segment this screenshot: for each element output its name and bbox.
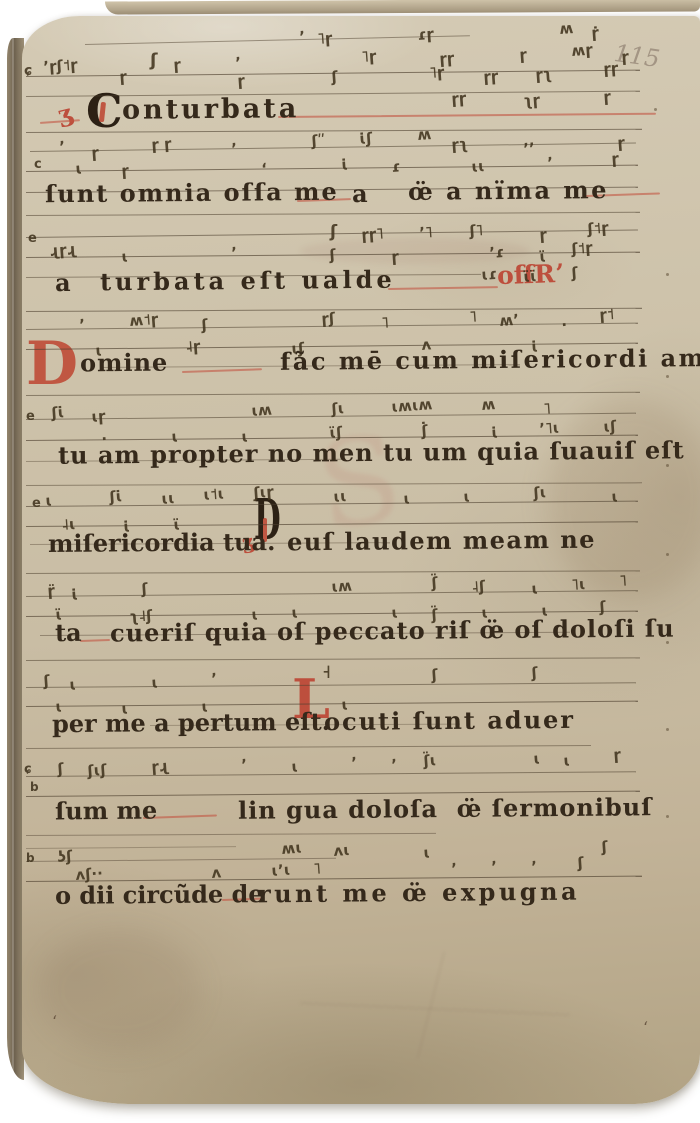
neume-cluster: ɩ <box>291 760 299 775</box>
pricking-hole <box>666 375 669 378</box>
staff-ruling-line <box>26 165 638 173</box>
neume-cluster: ɩ <box>423 846 431 861</box>
neume-cluster: ɩ̇ <box>71 588 79 603</box>
staff-ruling-line <box>85 35 470 45</box>
neume-cluster: ˥ɼ <box>361 49 377 65</box>
neume-cluster: ˥ɼ <box>317 31 333 47</box>
pricking-hole <box>666 815 669 818</box>
neume-cluster: ʍʼ <box>499 313 520 329</box>
neume-cluster: ʃ <box>330 224 337 241</box>
parchment-flaw-mark: ʻ <box>52 1012 57 1031</box>
neume-cluster: ɩɩ <box>471 159 485 175</box>
neume-cluster: ʃ <box>599 600 606 615</box>
neume-cluster: ɼ <box>617 136 625 151</box>
neume-cluster: ʼ <box>231 246 238 261</box>
pricking-hole <box>666 553 669 556</box>
staff-ruling-line <box>26 745 591 749</box>
staff-ruling-line <box>26 833 436 837</box>
neume-cluster: ˨ɼ <box>185 339 201 355</box>
neume-cluster: ʼ <box>547 156 554 171</box>
neume-cluster: ɩʍ <box>251 403 272 419</box>
neume-cluster: ɼ <box>519 48 527 63</box>
neume-cluster: ˧ <box>322 664 331 682</box>
neume-cluster: ʼɼʃ˦ɼ <box>43 58 78 75</box>
neume-cluster: ˨ʃ <box>471 579 486 595</box>
neume-cluster: ɩ <box>121 250 129 265</box>
chant-text-line-7: cueriſ quia oſ peccato riſ œ̈ oſ doloſi … <box>110 617 675 646</box>
staff-ruling-line <box>26 657 640 661</box>
neume-cluster: ˥ <box>313 862 322 877</box>
neume-cluster: ʼ˥ɩ <box>539 421 560 437</box>
neume-cluster: ʃ <box>329 248 336 263</box>
neume-cluster: ʃ <box>150 52 157 70</box>
neume-cluster: ʼɾ <box>489 245 505 261</box>
neume-cluster: ɩ <box>533 752 541 767</box>
neume-cluster: e <box>26 410 35 423</box>
neume-cluster: e <box>28 232 37 245</box>
chant-text-line-3: turbata eſt ualde <box>100 268 396 295</box>
neume-cluster: ʃ <box>141 582 148 597</box>
neume-cluster: ʌɩ <box>333 843 350 859</box>
neume-cluster: ɼ <box>611 152 619 167</box>
neume-cluster: ɩ̇ʃ <box>359 131 373 147</box>
neume-cluster: ˥ <box>619 574 628 589</box>
neume-cluster: ɼ <box>613 748 621 763</box>
neume-cluster: b <box>30 781 39 793</box>
neume-cluster: ɩ <box>75 162 83 177</box>
chant-text-line-10: o dii circũde de <box>55 882 264 908</box>
chant-text-line-6: miſericordia tua. <box>48 530 276 556</box>
chant-text-line-1: onturbata <box>122 95 300 124</box>
neume-cluster: ɩɾ <box>481 267 498 283</box>
neume-cluster: ɩ̈ <box>539 250 547 265</box>
neume-cluster: ɼ <box>539 228 547 243</box>
neume-cluster: ʼ <box>391 758 398 773</box>
parchment-crease <box>417 951 446 1058</box>
neume-cluster: ʃɩʃ <box>87 763 107 779</box>
neume-cluster: ɩʼɩ <box>271 863 291 879</box>
neume-cluster: ɼ <box>91 146 99 161</box>
neume-cluster: ɩ <box>45 494 53 509</box>
pricking-hole <box>666 464 669 467</box>
neume-cluster: ɩɩ <box>161 491 175 507</box>
neume-cluster: ʃ <box>43 674 50 689</box>
neume-cluster: ɼ˦ <box>599 307 615 323</box>
neume-cluster: ɩ <box>463 490 471 505</box>
neume-cluster: ɾ <box>391 159 401 175</box>
neume-cluster: ˥ɼ <box>429 65 445 81</box>
neume-cluster: ɼ <box>121 164 129 179</box>
neume-cluster: ʼ <box>231 142 238 157</box>
neume-cluster: e <box>32 497 41 510</box>
neume-cluster: ʃɩ <box>331 401 345 417</box>
neume-cluster: ʃ <box>431 668 438 683</box>
neume-cluster: ʼ <box>491 860 498 875</box>
pricking-hole <box>666 641 669 644</box>
chant-text-line-8: ocuti ſunt aduer <box>324 708 575 734</box>
neume-cluster: · <box>561 318 568 333</box>
chant-text-line-10: runt me œ̈ expugna <box>258 880 580 907</box>
neume-cluster: ɩ <box>151 676 159 691</box>
neume-cluster: ʃ <box>571 266 578 281</box>
chant-text-line-9: lin gua doloſa œ̈ ſermonibuſ <box>238 795 653 823</box>
neume-cluster: ʍ <box>481 397 496 413</box>
neume-cluster: ʼ <box>531 860 538 875</box>
neume-cluster: ɼ <box>237 74 245 89</box>
neume-cluster: c <box>34 158 42 171</box>
neume-cluster: ʍɼ <box>571 43 593 59</box>
chant-text-line-5: tu am propter no men tu um quia ſuauiſ e… <box>58 438 685 467</box>
neume-cluster: ʃɩ̇ <box>51 405 65 421</box>
neume-cluster: ɼɼ <box>483 69 499 85</box>
neume-cluster: ɼ <box>621 50 629 65</box>
neume-cluster: ɼɼ <box>451 91 467 107</box>
neume-cluster: ɼ <box>391 250 399 265</box>
page-content-overlay: S 115 ʒ C D offRʼ ʒ D L ʼ˥ɼɾɼʍɼ̇ʃɼʼ˥ɼɼɼɼ… <box>0 0 700 1123</box>
pricking-hole <box>666 273 669 276</box>
neume-cluster: ʃɩ <box>533 485 547 501</box>
neume-cluster: ʍ˦ɼ <box>129 312 159 329</box>
red-extender-line <box>278 113 656 119</box>
neume-cluster: ʃ̈ɩ <box>423 753 437 769</box>
neume-cluster: ʼ <box>235 56 242 71</box>
chant-text-line-3: a <box>55 271 71 295</box>
neume-cluster: ˥ɩ <box>571 577 586 593</box>
parchment-crease <box>300 1002 570 1016</box>
neume-cluster: ˥ <box>543 402 552 417</box>
neume-cluster: ɩ <box>611 490 619 505</box>
neume-cluster: ʃ <box>57 762 64 777</box>
neume-cluster: ʃ <box>201 318 208 333</box>
neume-cluster: ʼ <box>241 758 248 773</box>
neume-cluster: ʼ <box>299 30 306 45</box>
pricking-hole <box>666 728 669 731</box>
neume-cluster: ʻ <box>261 162 268 177</box>
chant-text-line-8: per me a pertum eſt. <box>52 710 330 736</box>
neume-cluster: ɩɩ <box>333 489 347 505</box>
neume-cluster: ʼʼ <box>523 141 535 157</box>
neume-cluster: ɾɼ <box>417 27 434 43</box>
staff-ruling-line <box>26 771 636 777</box>
neume-cluster: ɩ <box>69 678 77 693</box>
red-extender-line <box>388 286 498 290</box>
neume-cluster: ʃɩ̇ <box>109 489 123 505</box>
neume-cluster: ʍ <box>417 127 432 143</box>
neume-cluster: ʃ˦ɼ <box>571 241 593 257</box>
neume-cluster: ɼ <box>173 58 181 73</box>
neume-cluster: ʃ <box>531 666 538 681</box>
neume-cluster: ɼʅ <box>535 67 552 83</box>
neume-cluster: ɼ <box>603 90 611 105</box>
staff-ruling-line <box>26 570 640 574</box>
chant-text-line-2: œ̈ a nïma me <box>408 178 609 204</box>
neume-cluster: ʃ <box>601 840 608 855</box>
parchment-flaw-mark: ʻ <box>643 1018 648 1037</box>
parchment-stain-bottom <box>40 930 200 1050</box>
neume-cluster: ɩ <box>531 582 539 597</box>
neume-cluster: ʃʺ <box>311 133 326 149</box>
neume-cluster: ʼ <box>451 862 458 877</box>
neume-cluster: ɻɼɻ <box>49 242 77 259</box>
neume-cluster: ʅɼ <box>523 93 540 109</box>
neume-cluster: ɩʍɩʍ <box>391 397 433 415</box>
neume-cluster: ɼ ɼ <box>151 137 172 153</box>
neume-cluster: ˥ <box>469 310 478 325</box>
neume-cluster: ɕ <box>24 64 32 78</box>
neume-cluster: ʃ <box>577 856 584 871</box>
neume-cluster: ˥ <box>381 316 390 331</box>
neume-cluster: ɼʅ <box>451 137 468 153</box>
neume-cluster: ʖʃ <box>57 849 73 865</box>
neume-cluster: ɼ̇ <box>591 26 599 41</box>
neume-cluster: ɩ <box>563 754 571 769</box>
chant-text-line-6: euſ laudem meam ne <box>287 528 596 555</box>
neume-cluster: ɼʃ <box>321 311 336 327</box>
folio-number: 115 <box>612 39 661 73</box>
neume-cluster: ʼ˥ <box>419 225 433 241</box>
chant-text-line-7: ta <box>55 621 82 645</box>
neume-cluster: ʍ <box>559 21 574 37</box>
neume-cluster: ɼ <box>119 70 127 85</box>
neume-cluster: ɩʃ <box>603 419 617 435</box>
chant-text-line-9: ſum me <box>55 799 157 824</box>
neume-cluster: ɩ˦ɩ <box>203 487 225 503</box>
red-extender-line <box>80 639 110 642</box>
neume-cluster: ɩɼ <box>91 409 106 425</box>
neume-cluster: ɩ̇ <box>341 158 349 173</box>
staff-ruling-line <box>30 143 636 153</box>
neume-cluster: ʃ <box>331 70 338 85</box>
chant-text-line-2: a <box>352 182 368 206</box>
neume-cluster: ʼ <box>351 756 358 771</box>
neume-cluster: ɼɼ <box>603 61 619 77</box>
neume-cluster: ʼ <box>211 672 218 687</box>
neume-cluster: ɼɼ˥ <box>361 226 384 243</box>
chant-text-line-4: fãc mē cum miſericordi am <box>280 346 700 374</box>
neume-cluster: ʼ <box>59 140 66 155</box>
neume-cluster: ɩ̈ɩ̈ <box>523 269 537 285</box>
staff-ruling-line <box>26 682 636 688</box>
chant-text-line-4: omine <box>80 351 168 376</box>
chant-text-line-2: ſunt omnia oſſa me <box>45 180 339 207</box>
neume-cluster: ʼ <box>79 318 86 333</box>
neume-cluster: ɼɻ <box>151 759 169 775</box>
neume-cluster: ʃ̈ <box>431 576 438 591</box>
initial-d-domine: D <box>26 334 78 394</box>
neume-cluster: ɩʍ <box>331 579 352 595</box>
red-extender-line <box>182 368 262 373</box>
staff-ruling-line <box>26 392 640 397</box>
neume-cluster: ʃ˥ <box>469 223 484 239</box>
neume-cluster: ʃɩɼ <box>253 485 274 501</box>
neume-cluster: ɼ̈ <box>47 584 55 599</box>
ink-speck <box>654 108 657 111</box>
neume-cluster: ɕ <box>24 763 32 776</box>
staff-ruling-line <box>26 212 640 217</box>
neume-cluster: b <box>26 852 35 864</box>
neume-cluster: ʍɩ <box>281 841 302 857</box>
manuscript-photo: S 115 ʒ C D offRʼ ʒ D L ʼ˥ɼɾɼʍɼ̇ʃɼʼ˥ɼɼɼɼ… <box>0 0 700 1123</box>
neume-cluster: ʃ˦ɼ <box>587 221 609 237</box>
paragraph-mark: ʒ <box>55 101 74 128</box>
neume-cluster: ɩ <box>403 492 411 507</box>
